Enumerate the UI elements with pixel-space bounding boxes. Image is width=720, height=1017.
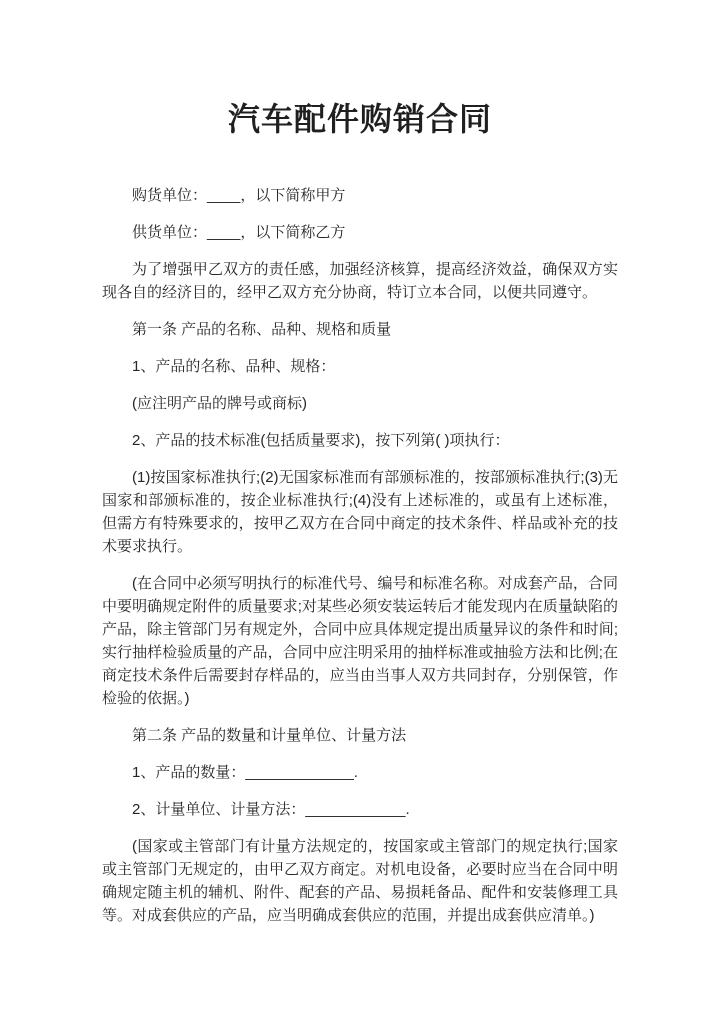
heading-article-1: 第一条 产品的名称、品种、规格和质量 [102,318,618,341]
paragraph-item2-standard: 2、产品的技术标准(包括质量要求)，按下列第( )项执行： [102,429,618,452]
paragraph-preamble: 为了增强甲乙双方的责任感，加强经济核算，提高经济效益，确保双方实现各自的经济目的… [102,258,618,304]
paragraph-buyer-unit: 购货单位：____，以下简称甲方 [102,184,618,207]
paragraph-measurement-note: (国家或主管部门有计量方法规定的，按国家或主管部门的规定执行;国家或主管部门无规… [102,835,618,927]
paragraph-supplier-unit: 供货单位：____，以下简称乙方 [102,221,618,244]
paragraph-unit-method-blank: 2、计量单位、计量方法：____________. [102,798,618,821]
contract-page: 汽车配件购销合同 购货单位：____，以下简称甲方 供货单位：____，以下简称… [0,0,720,1017]
paragraph-note-brand: (应注明产品的牌号或商标) [102,392,618,415]
heading-article-2: 第二条 产品的数量和计量单位、计量方法 [102,724,618,747]
paragraph-quantity-blank: 1、产品的数量：_____________. [102,761,618,784]
paragraph-standard-note: (在合同中必须写明执行的标准代号、编号和标准名称。对成套产品，合同中要明确规定附… [102,572,618,710]
document-title: 汽车配件购销合同 [102,98,618,140]
paragraph-item1-name-spec: 1、产品的名称、品种、规格： [102,355,618,378]
paragraph-standard-options: (1)按国家标准执行;(2)无国家标准而有部颁标准的，按部颁标准执行;(3)无国… [102,466,618,558]
